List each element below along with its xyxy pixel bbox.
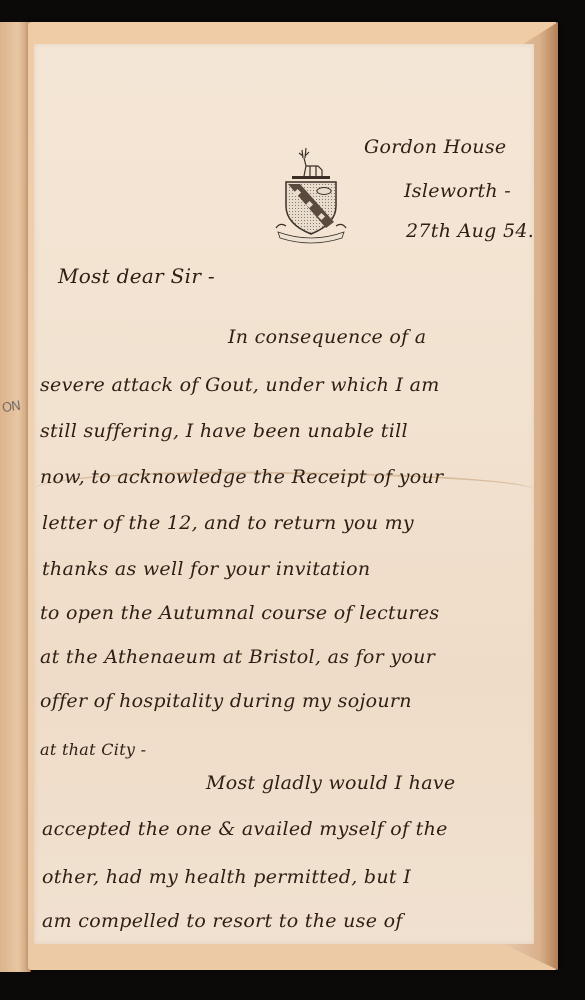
letter-line: accepted the one & availed myself of the <box>42 818 448 840</box>
address-line-2: Isleworth - <box>404 180 511 202</box>
letter-line: to open the Autumnal course of lectures <box>40 602 439 624</box>
letter-page: Gordon House Isleworth - 27th Aug 54. Mo… <box>34 44 534 944</box>
letter-line: at the Athenaeum at Bristol, as for your <box>40 646 435 668</box>
letter-line: now, to acknowledge the Receipt of your <box>40 466 443 488</box>
letter-line: at that City - <box>40 740 146 759</box>
margin-note: ON <box>1 399 21 416</box>
letter-line: other, had my health permitted, but I <box>42 866 411 888</box>
letter-line: offer of hospitality during my sojourn <box>40 690 412 712</box>
letter-line: In consequence of a <box>228 326 426 348</box>
letter-line: severe attack of Gout, under which I am <box>40 374 440 396</box>
heraldic-crest-stag-icon <box>270 144 350 244</box>
salutation: Most dear Sir - <box>58 264 215 288</box>
left-facing-page: ON <box>0 22 31 972</box>
letter-line: thanks as well for your invitation <box>42 558 370 580</box>
letter-line: Most gladly would I have <box>206 772 455 794</box>
letter-line: letter of the 12, and to return you my <box>42 512 414 534</box>
date-line: 27th Aug 54. <box>406 220 534 242</box>
letter-line: still suffering, I have been unable till <box>40 420 408 442</box>
address-line-1: Gordon House <box>364 136 506 158</box>
letter-line: am compelled to resort to the use of <box>42 910 403 932</box>
